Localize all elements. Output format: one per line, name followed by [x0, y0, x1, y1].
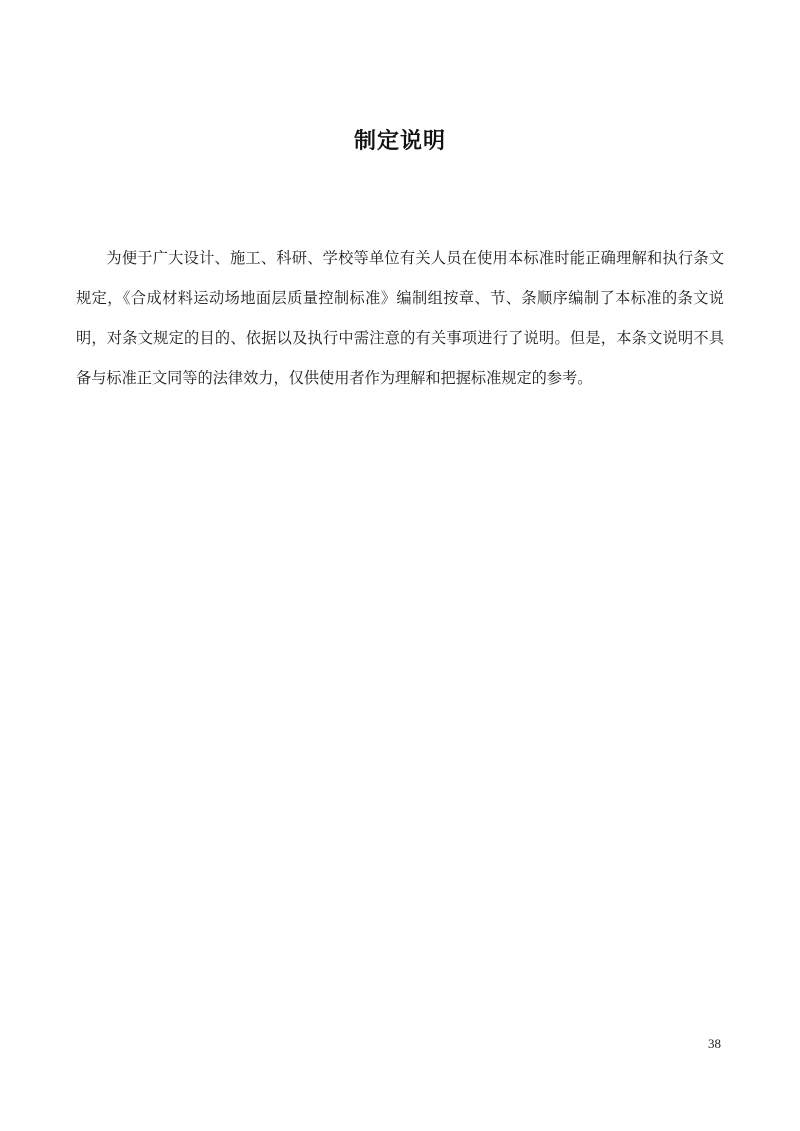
body-paragraph: 为便于广大设计、施工、科研、学校等单位有关人员在使用本标准时能正确理解和执行条文…	[76, 238, 724, 398]
page-title: 制定说明	[0, 124, 800, 155]
page-number: 38	[708, 1036, 721, 1052]
